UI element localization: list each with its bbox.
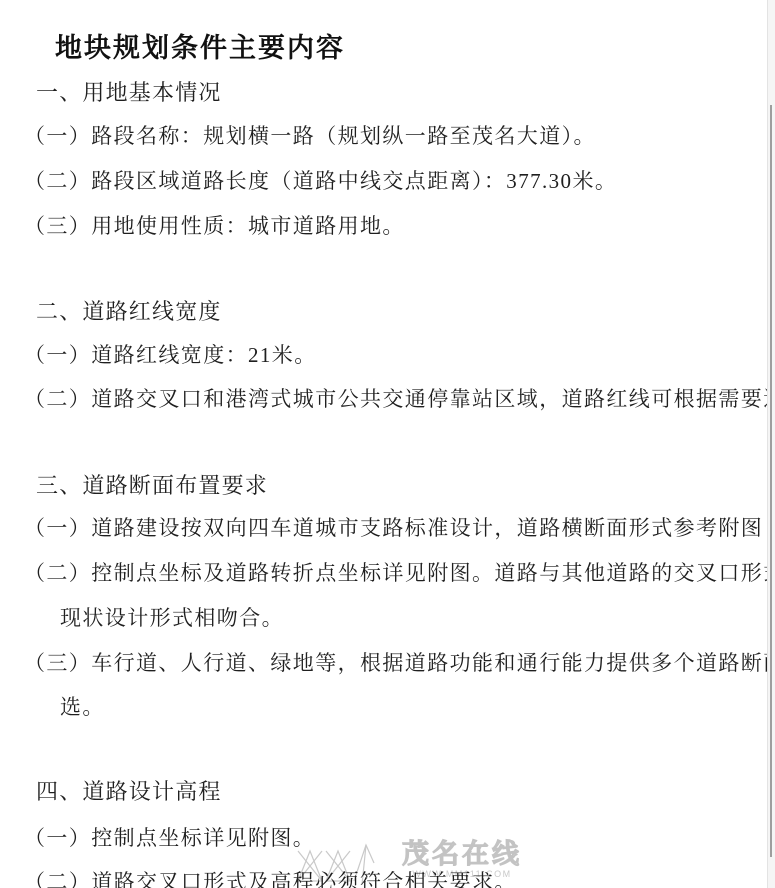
section-3-item-3-continuation: 选。 (60, 695, 105, 719)
section-1-item-3: （三）用地使用性质：城市道路用地。 (24, 214, 405, 238)
section-heading-4: 四、道路设计高程 (36, 779, 222, 804)
section-1-item-1: （一）路段名称：规划横一路（规划纵一路至茂名大道）。 (24, 124, 596, 148)
section-4-item-2: （二）道路交叉口形式及高程必须符合相关要求。 (24, 870, 517, 888)
section-4-item-1: （一）控制点坐标详见附图。 (24, 826, 315, 850)
section-3-item-1: （一）道路建设按双向四车道城市支路标准设计，道路横断面形式参考附图 (24, 516, 763, 540)
section-3-item-2: （二）控制点坐标及道路转折点坐标详见附图。道路与其他道路的交叉口形式 (24, 561, 775, 585)
page-title: 地块规划条件主要内容 (55, 33, 345, 64)
vertical-scrollbar[interactable] (767, 0, 775, 888)
section-heading-2: 二、道路红线宽度 (36, 299, 222, 324)
section-heading-3: 三、道路断面布置要求 (36, 473, 268, 498)
section-heading-1: 一、用地基本情况 (36, 80, 222, 105)
document-page: { "page": { "background_color": "#ffffff… (0, 0, 775, 888)
section-1-item-2: （二）路段区域道路长度（道路中线交点距离）：377.30米。 (24, 169, 617, 193)
scrollbar-thumb[interactable] (770, 105, 772, 857)
section-2-item-1: （一）道路红线宽度：21米。 (24, 343, 317, 367)
document-body: 地块规划条件主要内容 一、用地基本情况 （一）路段名称：规划横一路（规划纵一路至… (0, 0, 775, 888)
section-3-item-2-continuation: 现状设计形式相吻合。 (60, 606, 284, 630)
section-2-item-2: （二）道路交叉口和港湾式城市公共交通停靠站区域，道路红线可根据需要适 (24, 387, 775, 411)
section-3-item-3: （三）车行道、人行道、绿地等，根据道路功能和通行能力提供多个道路断面 (24, 651, 775, 675)
